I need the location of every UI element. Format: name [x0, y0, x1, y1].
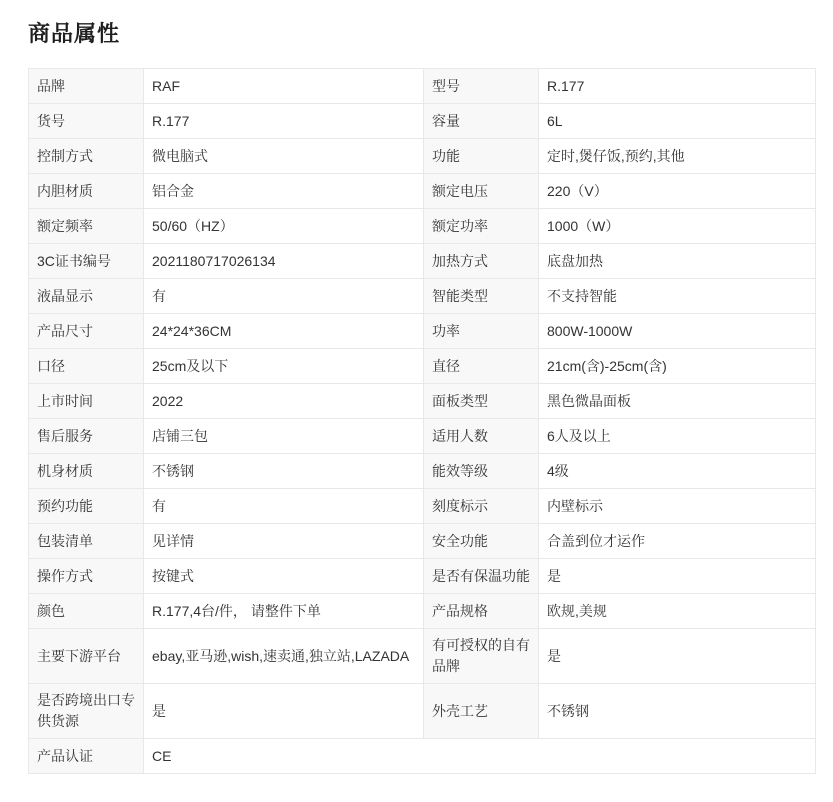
table-row: 包装清单见详情安全功能合盖到位才运作 [29, 524, 816, 559]
attribute-value: 底盘加热 [539, 244, 816, 279]
attribute-label: 能效等级 [424, 454, 539, 489]
attribute-value: 220（V） [539, 174, 816, 209]
attribute-value: 见详情 [144, 524, 424, 559]
attribute-value: ebay,亚马逊,wish,速卖通,独立站,LAZADA [144, 629, 424, 684]
attribute-value: 铝合金 [144, 174, 424, 209]
table-row: 额定频率50/60（HZ）额定功率1000（W） [29, 209, 816, 244]
table-row: 主要下游平台ebay,亚马逊,wish,速卖通,独立站,LAZADA有可授权的自… [29, 629, 816, 684]
attribute-label: 是否有保温功能 [424, 559, 539, 594]
attribute-value: 有 [144, 279, 424, 314]
attribute-value: 微电脑式 [144, 139, 424, 174]
attribute-value: 定时,煲仔饭,预约,其他 [539, 139, 816, 174]
table-row: 产品认证CE [29, 739, 816, 774]
table-row: 预约功能有刻度标示内壁标示 [29, 489, 816, 524]
table-row: 产品尺寸24*24*36CM功率800W-1000W [29, 314, 816, 349]
attribute-value: R.177,4台/件， 请整件下单 [144, 594, 424, 629]
attributes-table: 品牌RAF型号R.177货号R.177容量6L控制方式微电脑式功能定时,煲仔饭,… [28, 68, 816, 774]
table-row: 操作方式按键式是否有保温功能是 [29, 559, 816, 594]
attribute-value: 是 [539, 559, 816, 594]
attribute-label: 品牌 [29, 69, 144, 104]
attribute-value: 不锈钢 [144, 454, 424, 489]
attribute-label: 3C证书编号 [29, 244, 144, 279]
attribute-value: 4级 [539, 454, 816, 489]
attribute-value: 2022 [144, 384, 424, 419]
attribute-label: 额定频率 [29, 209, 144, 244]
attribute-value: 6L [539, 104, 816, 139]
attribute-label: 口径 [29, 349, 144, 384]
attribute-value: 合盖到位才运作 [539, 524, 816, 559]
table-row: 上市时间2022面板类型黑色微晶面板 [29, 384, 816, 419]
attribute-value: 是 [539, 629, 816, 684]
attribute-value: 800W-1000W [539, 314, 816, 349]
attribute-value: R.177 [144, 104, 424, 139]
table-row: 口径25cm及以下直径21cm(含)-25cm(含) [29, 349, 816, 384]
attribute-value: R.177 [539, 69, 816, 104]
attribute-label: 货号 [29, 104, 144, 139]
attribute-label: 液晶显示 [29, 279, 144, 314]
table-row: 是否跨境出口专供货源是外壳工艺不锈钢 [29, 684, 816, 739]
attribute-label: 上市时间 [29, 384, 144, 419]
attribute-label: 是否跨境出口专供货源 [29, 684, 144, 739]
attribute-label: 额定电压 [424, 174, 539, 209]
attribute-label: 预约功能 [29, 489, 144, 524]
attribute-label: 功率 [424, 314, 539, 349]
attribute-value: 1000（W） [539, 209, 816, 244]
attribute-value: 内壁标示 [539, 489, 816, 524]
attribute-value: CE [144, 739, 816, 774]
attribute-label: 额定功率 [424, 209, 539, 244]
attribute-label: 功能 [424, 139, 539, 174]
attribute-label: 机身材质 [29, 454, 144, 489]
attribute-label: 直径 [424, 349, 539, 384]
table-row: 货号R.177容量6L [29, 104, 816, 139]
attribute-label: 安全功能 [424, 524, 539, 559]
attribute-value: 2021180717026134 [144, 244, 424, 279]
table-row: 控制方式微电脑式功能定时,煲仔饭,预约,其他 [29, 139, 816, 174]
attribute-label: 内胆材质 [29, 174, 144, 209]
attribute-value: 按键式 [144, 559, 424, 594]
attribute-value: 50/60（HZ） [144, 209, 424, 244]
attribute-value: 是 [144, 684, 424, 739]
attribute-label: 产品规格 [424, 594, 539, 629]
attribute-label: 主要下游平台 [29, 629, 144, 684]
attribute-value: 25cm及以下 [144, 349, 424, 384]
attribute-label: 面板类型 [424, 384, 539, 419]
attribute-value: 黑色微晶面板 [539, 384, 816, 419]
attribute-label: 产品尺寸 [29, 314, 144, 349]
attribute-label: 包装清单 [29, 524, 144, 559]
attribute-value: RAF [144, 69, 424, 104]
attributes-table-body: 品牌RAF型号R.177货号R.177容量6L控制方式微电脑式功能定时,煲仔饭,… [29, 69, 816, 774]
attribute-label: 适用人数 [424, 419, 539, 454]
table-row: 机身材质不锈钢能效等级4级 [29, 454, 816, 489]
page-title: 商品属性 [28, 20, 815, 48]
product-attributes-section: 商品属性 品牌RAF型号R.177货号R.177容量6L控制方式微电脑式功能定时… [0, 0, 833, 802]
attribute-label: 有可授权的自有品牌 [424, 629, 539, 684]
table-row: 内胆材质铝合金额定电压220（V） [29, 174, 816, 209]
attribute-label: 产品认证 [29, 739, 144, 774]
table-row: 品牌RAF型号R.177 [29, 69, 816, 104]
attribute-label: 外壳工艺 [424, 684, 539, 739]
attribute-label: 加热方式 [424, 244, 539, 279]
table-row: 售后服务店铺三包适用人数6人及以上 [29, 419, 816, 454]
attribute-value: 21cm(含)-25cm(含) [539, 349, 816, 384]
attribute-value: 欧规,美规 [539, 594, 816, 629]
attribute-label: 容量 [424, 104, 539, 139]
attribute-label: 颜色 [29, 594, 144, 629]
table-row: 颜色R.177,4台/件， 请整件下单产品规格欧规,美规 [29, 594, 816, 629]
attribute-label: 智能类型 [424, 279, 539, 314]
attribute-value: 24*24*36CM [144, 314, 424, 349]
attribute-value: 店铺三包 [144, 419, 424, 454]
attribute-label: 控制方式 [29, 139, 144, 174]
table-row: 液晶显示有智能类型不支持智能 [29, 279, 816, 314]
attribute-value: 不锈钢 [539, 684, 816, 739]
attribute-value: 有 [144, 489, 424, 524]
attribute-value: 不支持智能 [539, 279, 816, 314]
attribute-label: 操作方式 [29, 559, 144, 594]
table-row: 3C证书编号2021180717026134加热方式底盘加热 [29, 244, 816, 279]
attribute-value: 6人及以上 [539, 419, 816, 454]
attribute-label: 售后服务 [29, 419, 144, 454]
attribute-label: 型号 [424, 69, 539, 104]
attribute-label: 刻度标示 [424, 489, 539, 524]
